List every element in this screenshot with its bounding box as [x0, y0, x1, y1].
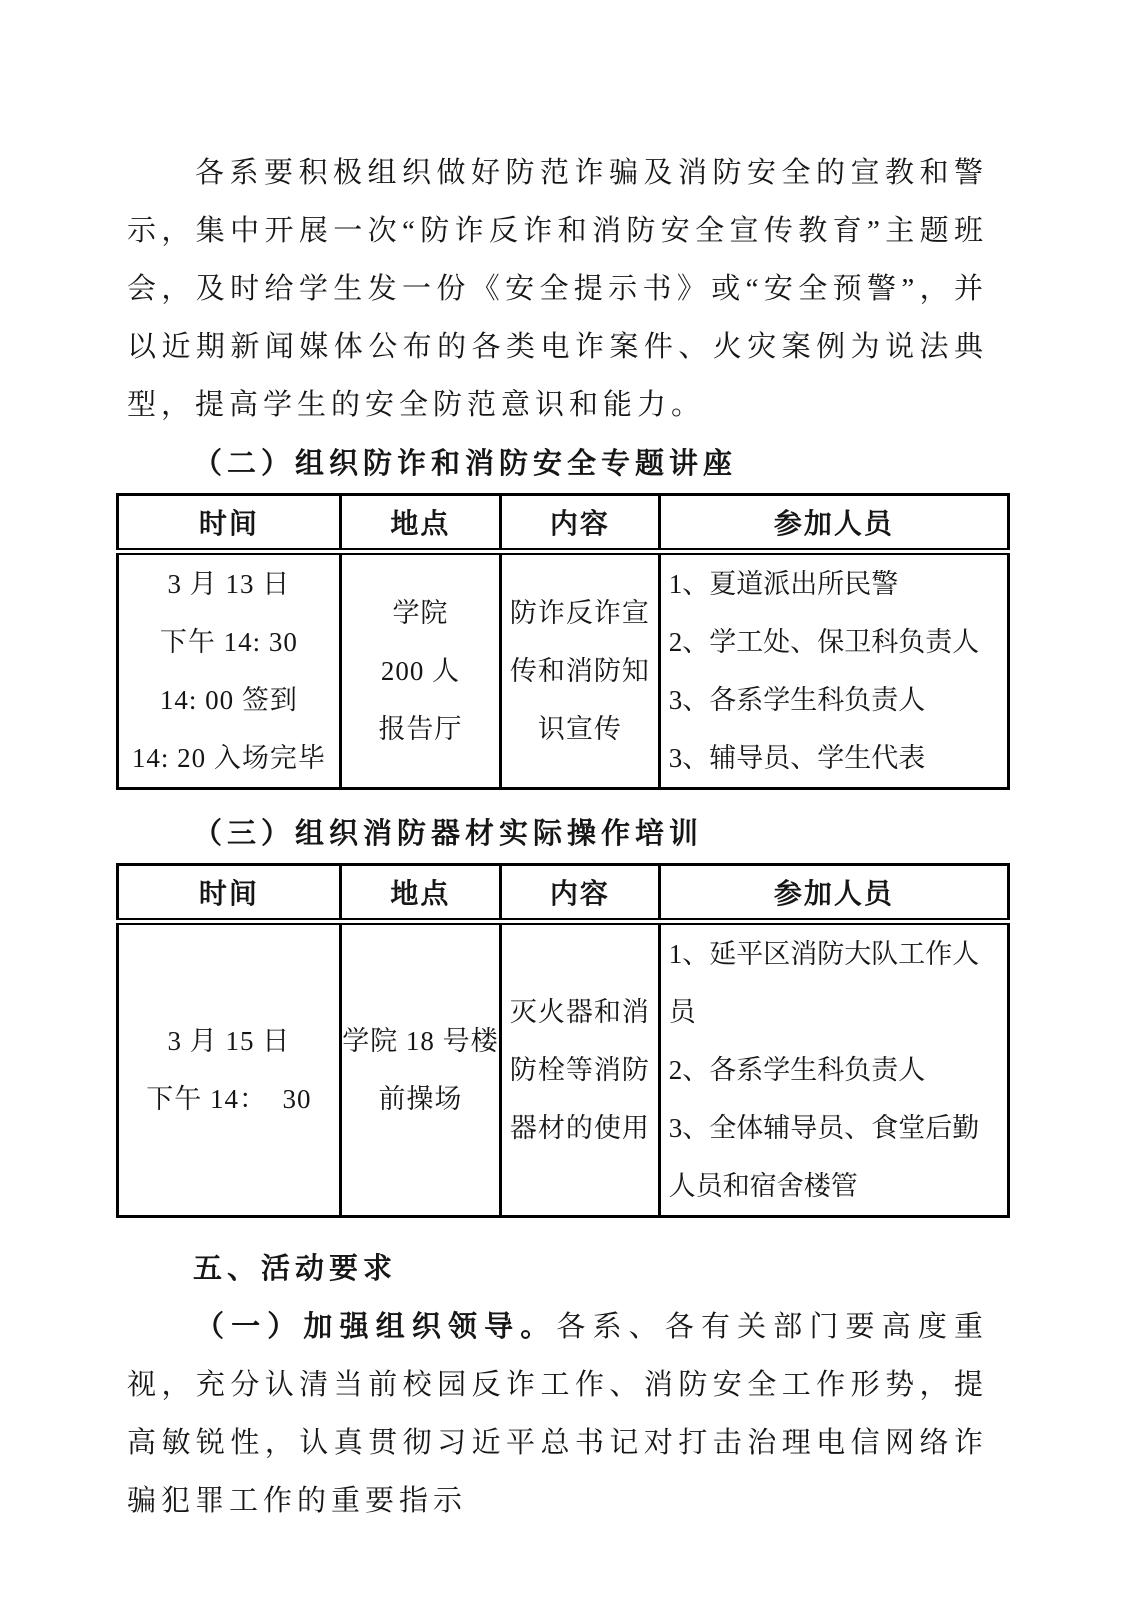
- header-cell-content: 内容: [501, 865, 660, 922]
- lecture-schedule-table: 时间 地点 内容 参加人员 3 月 13 日 下午 14: 30 14: 00 …: [116, 493, 1010, 790]
- header-cell-place: 地点: [340, 865, 500, 922]
- drill-table-header-row: 时间 地点 内容 参加人员: [118, 865, 1009, 922]
- cell-lecture-participants: 1、夏道派出所民警 2、学工处、保卫科负责人 3、各系学生科负责人 3、辅导员、…: [659, 552, 1008, 789]
- paragraph-requirement-1: （一）加强组织领导。各系、各有关部门要高度重视，充分认清当前校园反诈工作、消防安…: [127, 1298, 988, 1530]
- cell-lecture-place: 学院 200 人 报告厅: [340, 552, 500, 789]
- heading-section-two: （二）组织防诈和消防安全专题讲座: [127, 436, 988, 493]
- header-cell-participants: 参加人员: [659, 865, 1008, 922]
- header-cell-participants: 参加人员: [659, 495, 1008, 552]
- paragraph-intro: 各系要积极组织做好防范诈骗及消防安全的宣教和警示，集中开展一次“防诈反诈和消防安…: [127, 144, 988, 434]
- header-cell-place: 地点: [340, 495, 500, 552]
- cell-drill-time: 3 月 15 日 下午 14： 30: [118, 922, 341, 1217]
- header-cell-time: 时间: [118, 495, 341, 552]
- document-page: 各系要积极组织做好防范诈骗及消防安全的宣教和警示，集中开展一次“防诈反诈和消防安…: [0, 0, 1131, 1600]
- header-cell-content: 内容: [501, 495, 660, 552]
- cell-lecture-time: 3 月 13 日 下午 14: 30 14: 00 签到 14: 20 入场完毕: [118, 552, 341, 789]
- drill-table-row: 3 月 15 日 下午 14： 30 学院 18 号楼 前操场 灭火器和消 防栓…: [118, 922, 1009, 1217]
- heading-section-five: 五、活动要求: [127, 1241, 988, 1298]
- requirement-1-lead: （一）加强组织领导。: [195, 1311, 556, 1343]
- lecture-table-row: 3 月 13 日 下午 14: 30 14: 00 签到 14: 20 入场完毕…: [118, 552, 1009, 789]
- lecture-table-header-row: 时间 地点 内容 参加人员: [118, 495, 1009, 552]
- heading-section-three: （三）组织消防器材实际操作培训: [127, 806, 988, 863]
- cell-drill-content: 灭火器和消 防栓等消防 器材的使用: [501, 922, 660, 1217]
- cell-drill-participants: 1、延平区消防大队工作人员 2、各系学生科负责人 3、全体辅导员、食堂后勤人员和…: [659, 922, 1008, 1217]
- cell-lecture-content: 防诈反诈宣 传和消防知 识宣传: [501, 552, 660, 789]
- cell-drill-place: 学院 18 号楼 前操场: [340, 922, 500, 1217]
- header-cell-time: 时间: [118, 865, 341, 922]
- drill-schedule-table: 时间 地点 内容 参加人员 3 月 15 日 下午 14： 30 学院 18 号…: [116, 863, 1010, 1218]
